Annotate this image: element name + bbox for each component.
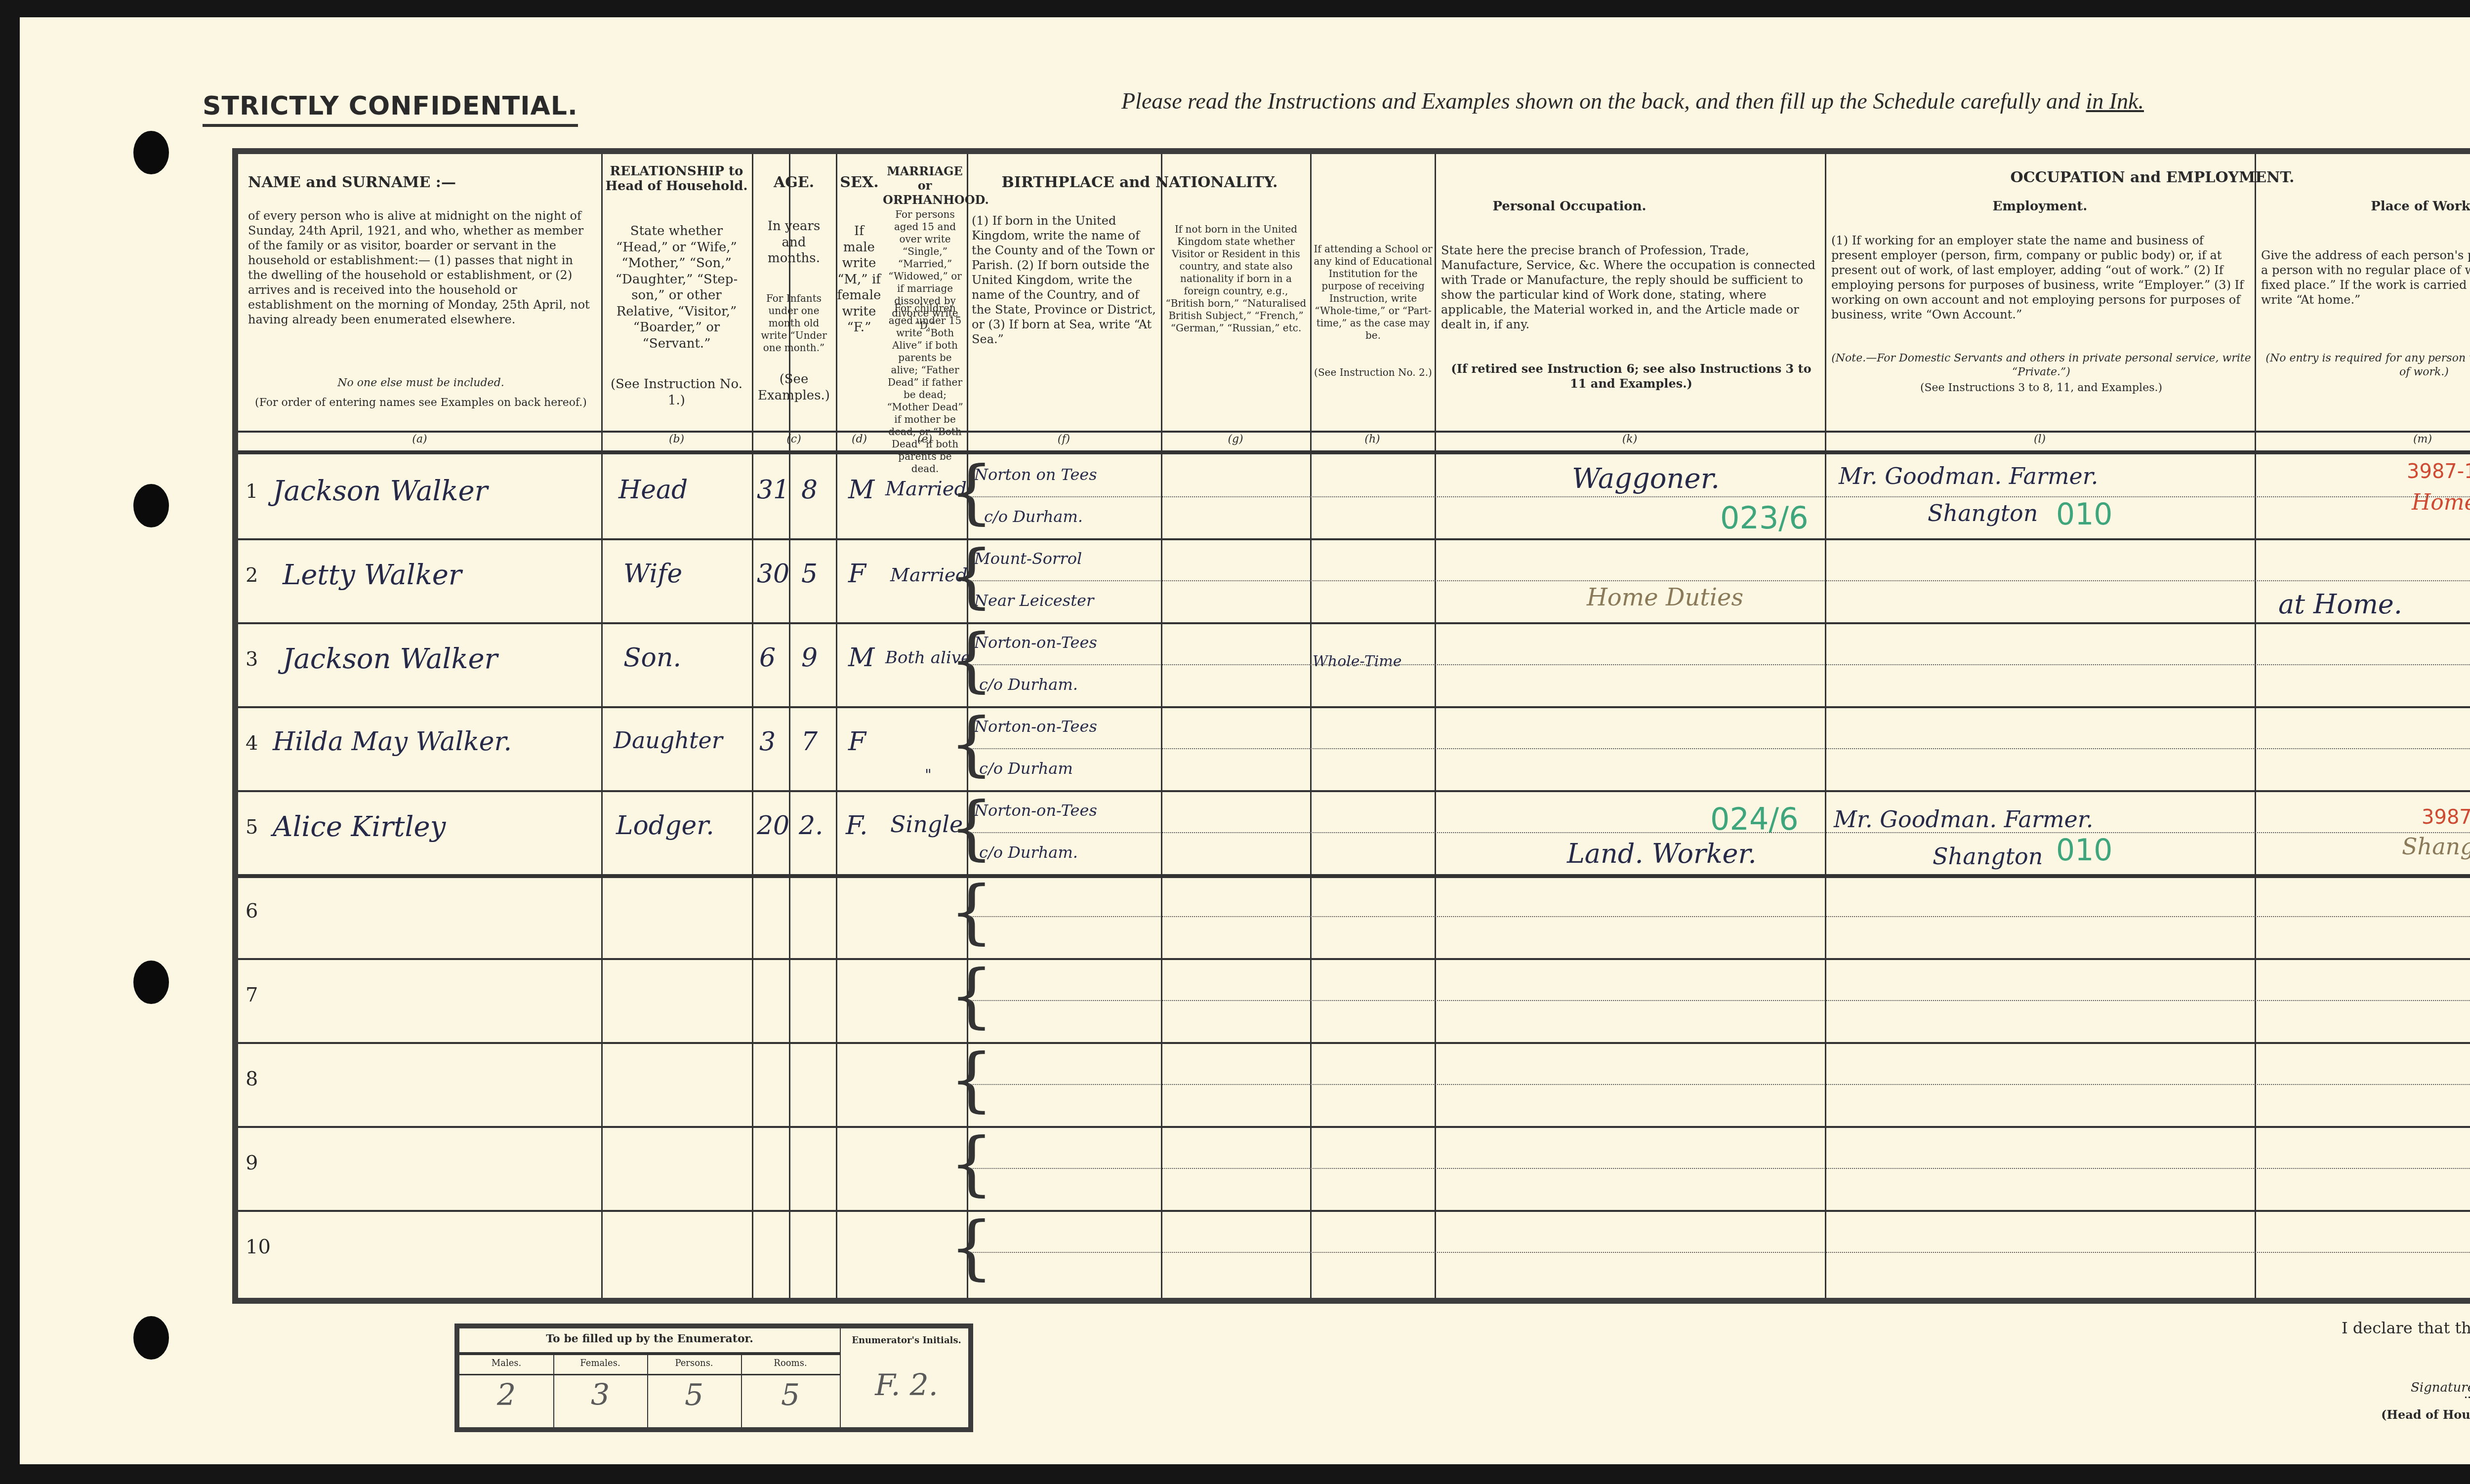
- strictly-confidential-heading: STRICTLY CONFIDENTIAL.: [203, 91, 578, 127]
- row-divider: [238, 622, 2470, 624]
- col-f-body: (1) If born in the United Kingdom, write…: [972, 213, 1157, 347]
- dotted-line: [969, 580, 2470, 581]
- col-letter-e: (e): [883, 433, 967, 445]
- col-m-title: Place of Work.: [2256, 199, 2470, 215]
- brace: {: [949, 794, 993, 863]
- col-letter-h: (h): [1310, 433, 1435, 445]
- dotted-line: [969, 916, 2470, 917]
- occupation[interactable]: Land. Worker.: [1567, 838, 1757, 869]
- dotted-line: [969, 1252, 2470, 1253]
- dotted-line: [969, 664, 2470, 665]
- dotted-line: [969, 1000, 2470, 1001]
- enumerator-box-title: To be filled up by the Enumerator.: [459, 1332, 840, 1345]
- instructions-ink: in Ink.: [2086, 88, 2144, 114]
- relationship[interactable]: Wife: [623, 559, 682, 589]
- relationship[interactable]: Son.: [623, 643, 681, 673]
- declaration-text: I declare that this Schedule is correctl…: [2342, 1319, 2470, 1337]
- col-l-note2: (See Instructions 3 to 8, 11, and Exampl…: [1831, 381, 2251, 395]
- col-c-note2: (See Examples.): [754, 371, 833, 403]
- relationship[interactable]: Daughter: [614, 727, 723, 754]
- col-l-body: (1) If working for an employer state the…: [1831, 233, 2251, 322]
- employer-code: 010: [2056, 833, 2113, 868]
- enumerator-totals-box: To be filled up by the Enumerator. Enume…: [454, 1324, 973, 1432]
- age-years[interactable]: 6: [759, 643, 776, 673]
- col-h-note: (See Instruction No. 2.): [1313, 366, 1434, 379]
- col-a-note2: (For order of entering names see Example…: [248, 396, 594, 410]
- dotted-line: [969, 832, 2470, 833]
- person-name[interactable]: Jackson Walker: [273, 475, 488, 507]
- males-label: Males.: [459, 1358, 553, 1368]
- females-count[interactable]: 3: [553, 1378, 647, 1412]
- col-a-title: NAME and SURNAME :—: [248, 174, 594, 191]
- age-months[interactable]: 8: [801, 475, 818, 505]
- col-k-body: State here the precise branch of Profess…: [1441, 243, 1821, 332]
- row-number: 5: [246, 816, 258, 839]
- col-m-body: Give the address of each person's place …: [2261, 248, 2470, 307]
- instructions-text: Please read the Instructions and Example…: [1121, 88, 2086, 114]
- place-of-work[interactable]: Home: [2412, 490, 2470, 515]
- col-d-body: If male write “M,” if female write “F.”: [837, 223, 881, 336]
- persons-count[interactable]: 5: [647, 1378, 741, 1412]
- birthplace-group-title: BIRTHPLACE and NATIONALITY.: [969, 174, 1310, 191]
- occupation-code: 023/6: [1720, 500, 1809, 536]
- males-count[interactable]: 2: [459, 1378, 553, 1412]
- employer-line2[interactable]: Shangton: [1928, 500, 2038, 526]
- birthplace-line2[interactable]: c/o Durham.: [984, 507, 1083, 526]
- brace: {: [949, 626, 993, 695]
- punch-hole: [133, 484, 169, 527]
- employer-code: 010: [2056, 497, 2113, 532]
- schedule-table: NAME and SURNAME :— of every person who …: [232, 148, 2470, 1304]
- females-label: Females.: [553, 1358, 647, 1368]
- col-c-note: For Infants under one month old write “U…: [754, 292, 833, 354]
- brace: {: [949, 962, 993, 1031]
- brace: {: [949, 878, 993, 947]
- place-of-work[interactable]: at Home.: [2278, 589, 2402, 620]
- col-letter-a: (a): [238, 433, 601, 445]
- relationship[interactable]: Lodger.: [616, 811, 714, 841]
- sex[interactable]: F: [848, 559, 866, 589]
- person-name[interactable]: Jackson Walker: [283, 643, 497, 675]
- col-l-title: Employment.: [1826, 199, 2254, 215]
- punch-hole: [133, 131, 169, 174]
- age-months[interactable]: 2.: [799, 811, 823, 841]
- sex[interactable]: M: [848, 643, 874, 673]
- employer-line2[interactable]: Shangton: [1933, 843, 2043, 870]
- place-code: 3987-14: [2422, 806, 2470, 829]
- row-number: 9: [246, 1152, 258, 1174]
- enumerator-initials[interactable]: F. 2.: [845, 1368, 968, 1403]
- dotted-line: [969, 748, 2470, 749]
- employer-line1[interactable]: Mr. Goodman. Farmer.: [1839, 463, 2098, 489]
- col-b-note: (See Instruction No. 1.): [604, 376, 749, 408]
- age-years[interactable]: 30: [757, 559, 789, 589]
- row-divider: [238, 790, 2470, 792]
- occupation[interactable]: Home Duties: [1587, 584, 1743, 611]
- col-m-note: (No entry is required for any person who…: [2261, 352, 2470, 379]
- col-c-title: AGE.: [752, 174, 836, 191]
- occupation-group-title: OCCUPATION and EMPLOYMENT.: [1313, 169, 2470, 186]
- person-name[interactable]: Hilda May Walker.: [273, 727, 512, 757]
- age-months[interactable]: 7: [801, 727, 818, 757]
- row-divider: [238, 1210, 2470, 1212]
- brace: {: [949, 542, 993, 611]
- age-years[interactable]: 20: [757, 811, 789, 841]
- col-e-title: MARRIAGE or ORPHANHOOD.: [883, 164, 967, 207]
- row-divider: [238, 538, 2470, 540]
- punch-hole: [133, 1316, 169, 1360]
- divider: [840, 1328, 841, 1427]
- col-letter-b: (b): [601, 433, 752, 445]
- header-divider: [238, 431, 2470, 433]
- brace: {: [949, 1045, 993, 1115]
- rooms-label: Rooms.: [741, 1358, 840, 1368]
- place-of-work[interactable]: Shangton: [2402, 833, 2470, 860]
- col-letter-k: (k): [1435, 433, 1825, 445]
- age-months[interactable]: 5: [801, 559, 818, 589]
- row-number: 4: [246, 732, 258, 755]
- employer-line1[interactable]: Mr. Goodman. Farmer.: [1834, 806, 2093, 833]
- relationship[interactable]: Head: [618, 475, 688, 505]
- rooms-count[interactable]: 5: [741, 1378, 840, 1412]
- person-name[interactable]: Letty Walker: [283, 559, 462, 591]
- marriage-status[interactable]: ": [925, 766, 932, 784]
- row-number: 1: [246, 480, 258, 503]
- dotted-line: [969, 1084, 2470, 1085]
- place-code: 3987-14: [2407, 460, 2470, 483]
- row-divider: [238, 1126, 2470, 1128]
- sex[interactable]: M: [848, 475, 874, 505]
- col-b-title: RELATIONSHIP to Head of Household.: [604, 164, 749, 194]
- col-a-note: No one else must be included.: [248, 376, 594, 390]
- birthplace-line2[interactable]: c/o Durham.: [979, 675, 1078, 694]
- brace: {: [949, 710, 993, 779]
- education-status[interactable]: Whole-Time: [1313, 653, 1401, 670]
- col-a-body: of every person who is alive at midnight…: [248, 208, 594, 327]
- col-letter-f: (f): [967, 433, 1161, 445]
- sex[interactable]: F: [848, 727, 866, 757]
- row-divider: [238, 958, 2470, 960]
- col-b-body: State whether “Head,” or “Wife,” “Mother…: [604, 223, 749, 352]
- age-months[interactable]: 9: [801, 643, 818, 673]
- enumerator-initials-label: Enumerator's Initials.: [845, 1335, 968, 1346]
- col-letter-l: (l): [1825, 433, 2255, 445]
- sex[interactable]: F.: [846, 811, 868, 841]
- personal-occupation-title: Personal Occupation.: [1315, 199, 1824, 215]
- persons-label: Persons.: [647, 1358, 741, 1368]
- row-divider: [238, 1042, 2470, 1044]
- brace: {: [949, 458, 993, 527]
- col-c-body: In years and months.: [754, 218, 833, 267]
- col-letter-d: (d): [836, 433, 883, 445]
- col-letter-m: (m): [2255, 433, 2470, 445]
- row-number: 7: [246, 984, 258, 1006]
- row-number: 6: [246, 900, 258, 922]
- dotted-line: [969, 1168, 2470, 1169]
- row-divider: [238, 874, 2470, 878]
- instructions-line: Please read the Instructions and Example…: [1121, 88, 2144, 114]
- col-letter-c: (c): [752, 433, 836, 445]
- brace: {: [949, 1129, 993, 1199]
- row-number: 2: [246, 564, 258, 587]
- person-name[interactable]: Alice Kirtley: [273, 811, 446, 843]
- col-e-note: For children aged under 15 write “Both A…: [884, 302, 966, 475]
- row-number: 8: [246, 1068, 258, 1090]
- col-h-body: If attending a School or any kind of Edu…: [1313, 243, 1434, 342]
- col-k-note: (If retired see Instruction 6; see also …: [1441, 361, 1821, 391]
- row-number: 10: [246, 1236, 271, 1258]
- col-g-body: If not born in the United Kingdom state …: [1164, 223, 1308, 334]
- age-years[interactable]: 3: [759, 727, 776, 757]
- signature-caption: (Head of Household, Manager of Establish…: [2381, 1407, 2470, 1422]
- data-start-divider: [238, 450, 2470, 454]
- col-l-note: (Note.—For Domestic Servants and others …: [1831, 352, 2251, 379]
- punch-hole: [133, 961, 169, 1004]
- signature-label: Signature: [2411, 1380, 2470, 1395]
- birthplace-line2[interactable]: c/o Durham.: [979, 843, 1078, 862]
- col-letter-g: (g): [1161, 433, 1310, 445]
- row-divider: [238, 706, 2470, 708]
- age-years[interactable]: 31: [757, 475, 789, 505]
- signature-line: [2465, 1397, 2470, 1398]
- col-d-title: SEX.: [836, 174, 883, 191]
- brace: {: [949, 1213, 993, 1283]
- dotted-line: [969, 496, 2470, 497]
- occupation[interactable]: Waggoner.: [1572, 463, 1720, 495]
- row-number: 3: [246, 648, 258, 671]
